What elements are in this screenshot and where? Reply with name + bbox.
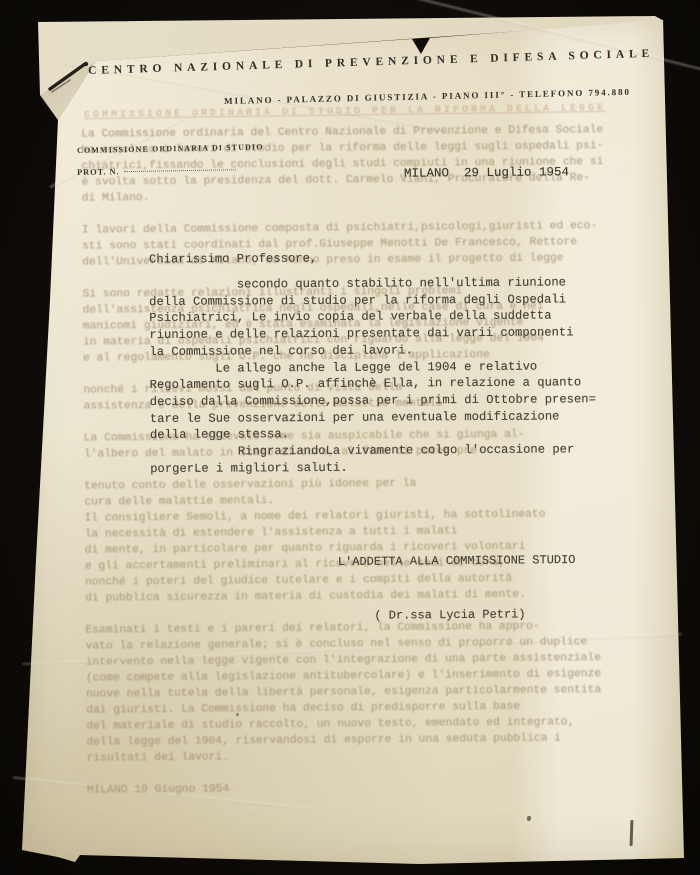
signature-role: L'ADDETTA ALLA COMMISSIONE STUDIO bbox=[338, 551, 576, 571]
salutation: Chiarissimo Professore, bbox=[149, 251, 317, 266]
signature-block: L'ADDETTA ALLA COMMISSIONE STUDIO ( Dr.s… bbox=[337, 515, 576, 643]
protocol-dotted-line bbox=[124, 169, 236, 172]
ink-speck bbox=[236, 713, 239, 716]
letter-body: secondo quanto stabilito nell'ultima riu… bbox=[149, 274, 596, 477]
staple bbox=[40, 55, 100, 103]
scanned-letter-screenshot: { "letterhead": { "title": "CENTRO NAZIO… bbox=[0, 0, 700, 875]
signature-name: ( Dr.ssa Lycia Petri) bbox=[338, 605, 576, 625]
dateline: MILANO 29 Luglio 1954 bbox=[404, 165, 569, 180]
protocol-label: PROT. N. bbox=[77, 166, 119, 177]
